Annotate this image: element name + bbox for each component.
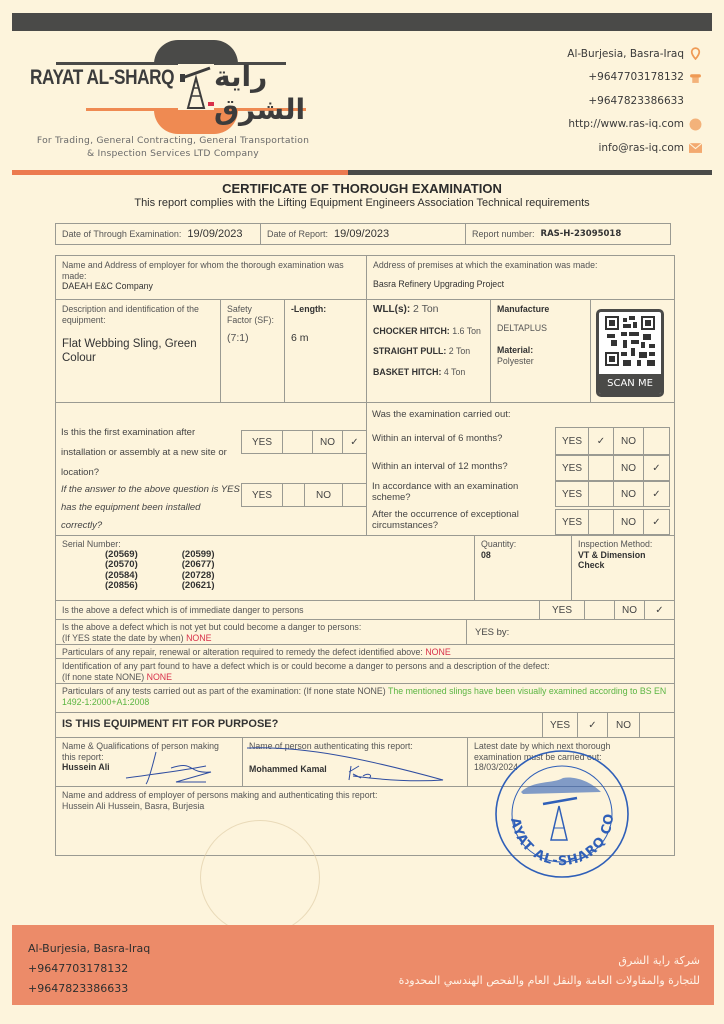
company-tagline: For Trading, General Contracting, Genera… — [28, 134, 318, 160]
repair-value: NONE — [425, 647, 450, 657]
serial-list: (20569)(20570)(20584)(20856) (20599)(206… — [105, 550, 468, 592]
equipment-description-cell: Description and identification of the eq… — [55, 299, 221, 403]
quantity-value: 08 — [481, 550, 565, 561]
serial-number: (20677) — [182, 560, 215, 571]
fit-no-box[interactable] — [640, 712, 675, 738]
website-link[interactable]: http://www.ras-iq.com — [568, 118, 684, 130]
report-date-value: 19/09/2023 — [334, 228, 389, 240]
choker-hitch-label: CHOCKER HITCH: — [373, 326, 450, 336]
carried-out-no-box[interactable] — [644, 427, 670, 455]
inspection-method-value: VT & Dimension Check — [578, 550, 668, 571]
footer-phone-1: +9647703178132 — [28, 959, 150, 979]
report-number-cell: Report number: RAS-H-23095018 — [466, 224, 670, 244]
carried-out-yes-box[interactable]: ✓ — [589, 427, 614, 455]
carried-out-no-box[interactable]: ✓ — [644, 455, 670, 481]
contact-email[interactable]: info@ras-iq.com — [567, 136, 702, 160]
part-defect-hint: (If none state NONE) — [62, 672, 144, 682]
contact-address: Al-Burjesia, Basra-Iraq — [567, 42, 702, 66]
contact-phone-1: +9647703178132 — [567, 66, 702, 90]
no-label: NO — [614, 455, 644, 481]
future-danger-hint: (If YES state the date by when) — [62, 633, 184, 643]
future-danger-value: NONE — [186, 633, 211, 643]
basket-hitch-label: BASKET HITCH: — [373, 367, 441, 377]
footer-address: Al-Burjesia, Basra-Iraq — [28, 939, 150, 959]
blank-icon-spacer — [689, 94, 702, 107]
carried-out-yes-no: YES✓NO — [555, 427, 670, 455]
embossed-seal — [200, 820, 320, 935]
carried-out-yes-box[interactable] — [589, 481, 614, 507]
contact-phone-2: +9647823386633 — [567, 89, 702, 113]
choker-hitch-value: 1.6 Ton — [452, 326, 481, 336]
contact-website[interactable]: http://www.ras-iq.com — [567, 113, 702, 137]
wll-cell: WLL(s): 2 Ton CHOCKER HITCH: 1.6 Ton STR… — [366, 299, 491, 403]
header-divider-grey — [348, 170, 712, 175]
inspection-method-label: Inspection Method: — [578, 539, 668, 550]
certificate-subtitle: This report complies with the Lifting Eq… — [0, 197, 724, 209]
serial-number: (20570) — [105, 560, 138, 571]
email-link[interactable]: info@ras-iq.com — [598, 142, 684, 154]
no-label: NO — [614, 481, 644, 507]
carried-out-no-box[interactable]: ✓ — [644, 481, 670, 507]
tests-row: Particulars of any tests carried out as … — [55, 683, 675, 713]
contact-block: Al-Burjesia, Basra-Iraq +9647703178132 +… — [567, 42, 702, 160]
length-cell: -Length: 6 m — [284, 299, 367, 403]
oil-pump-icon — [176, 64, 216, 110]
carried-out-yes-box[interactable] — [589, 509, 614, 535]
serial-column-2: (20599)(20677)(20728)(20621) — [182, 550, 215, 592]
header-top-bar — [12, 13, 712, 31]
header-divider-orange — [12, 170, 348, 175]
mail-icon — [689, 141, 702, 154]
serial-label: Serial Number: — [62, 539, 468, 550]
inspection-method-cell: Inspection Method: VT & Dimension Check — [571, 535, 675, 601]
carried-out-question: In accordance with an examination scheme… — [372, 481, 552, 503]
no-label: NO — [614, 509, 644, 535]
repair-question: Particulars of any repair, renewal or al… — [62, 647, 423, 657]
yes-label: YES — [542, 712, 578, 738]
yes-label: YES — [555, 455, 589, 481]
part-defect-value: NONE — [147, 672, 172, 682]
quantity-cell: Quantity: 08 — [474, 535, 572, 601]
yes-label: YES — [241, 483, 283, 507]
exam-date-cell: Date of Through Examination: 19/09/2023 — [56, 224, 261, 244]
first-exam-question: Is this the first examination after inst… — [61, 423, 241, 483]
no-label: NO — [615, 600, 645, 620]
fit-for-purpose-question: IS THIS EQUIPMENT FIT FOR PURPOSE? — [62, 718, 278, 730]
tests-question: Particulars of any tests carried out as … — [62, 686, 386, 696]
serial-column-1: (20569)(20570)(20584)(20856) — [105, 550, 138, 592]
material-value: Polyester — [497, 356, 584, 367]
wll-label: WLL(s): — [373, 304, 410, 315]
future-danger-cell: Is the above a defect which is not yet b… — [55, 619, 467, 645]
tagline-line-2: & Inspection Services LTD Company — [28, 147, 318, 160]
future-danger-question: Is the above a defect which is not yet b… — [62, 622, 460, 633]
manufacture-value: DELTAPLUS — [497, 323, 584, 334]
scan-me-label: SCAN ME — [599, 374, 661, 394]
installed-correctly-question: If the answer to the above question is Y… — [61, 481, 241, 535]
yes-label: YES — [241, 430, 283, 454]
maker-signature — [116, 748, 216, 786]
location-pin-icon — [689, 47, 702, 60]
footer-phone-2: +9647823386633 — [28, 979, 150, 999]
yes-label: YES — [555, 509, 589, 535]
fit-yes-box[interactable]: ✓ — [578, 712, 608, 738]
exam-date-label: Date of Through Examination: — [62, 229, 181, 239]
immediate-danger-yes-no: YES NO ✓ — [539, 600, 675, 620]
basket-hitch-value: 4 Ton — [444, 367, 465, 377]
report-maker-cell: Name & Qualifications of person making t… — [55, 737, 243, 787]
yes-label: YES — [555, 427, 589, 455]
employer-value: DAEAH E&C Company — [62, 281, 360, 292]
qr-pattern — [605, 316, 655, 366]
wll-value: 2 Ton — [413, 303, 439, 315]
immediate-yes-box[interactable] — [585, 600, 615, 620]
footer-arabic: شركة راية الشرق للتجارة والمقاولات العام… — [399, 951, 700, 991]
safety-factor-value: (7:1) — [227, 333, 278, 344]
material-label: Material: — [497, 345, 584, 356]
future-danger-yes-by-cell: YES by: — [466, 619, 675, 645]
authenticator-cell: Name of person authenticating this repor… — [242, 737, 468, 787]
authenticator-signature — [243, 744, 469, 784]
globe-icon — [689, 118, 702, 131]
premises-label: Address of premises at which the examina… — [373, 260, 668, 271]
contact-address-text: Al-Burjesia, Basra-Iraq — [567, 48, 684, 60]
no-label: NO — [313, 430, 343, 454]
safety-factor-cell: Safety Factor (SF): (7:1) — [220, 299, 285, 403]
length-value: 6 m — [291, 333, 360, 344]
company-name-ar: راية الشرق — [214, 60, 346, 126]
phone-icon — [689, 71, 702, 84]
carried-out-question: Within an interval of 12 months? — [372, 461, 552, 472]
certificate-title: CERTIFICATE OF THOROUGH EXAMINATION — [0, 181, 724, 196]
first-exam-yes-no: YES NO ✓ — [241, 430, 367, 454]
carried-out-yes-no: YESNO✓ — [555, 509, 670, 535]
report-number-value: RAS-H-23095018 — [541, 229, 622, 239]
carried-out-question: After the occurrence of exceptional circ… — [372, 509, 552, 531]
qr-code[interactable]: SCAN ME — [596, 309, 664, 397]
contact-phone-1-text: +9647703178132 — [588, 71, 684, 83]
length-label: -Length: — [291, 304, 360, 315]
serial-cell: Serial Number: (20569)(20570)(20584)(208… — [55, 535, 475, 601]
premises-cell: Address of premises at which the examina… — [366, 255, 675, 300]
report-date-label: Date of Report: — [267, 229, 328, 239]
first-exam-yes-box[interactable] — [283, 430, 313, 454]
yes-by-label: YES by: — [475, 627, 509, 638]
installed-correctly-yes-no: YES NO — [241, 483, 367, 507]
equipment-description-label: Description and identification of the eq… — [62, 304, 214, 325]
part-defect-row: Identification of any part found to have… — [55, 658, 675, 684]
company-name-en: RAYAT AL-SHARQ — [30, 66, 174, 90]
manufacture-cell: Manufacture DELTAPLUS Material: Polyeste… — [490, 299, 591, 403]
footer-band: Al-Burjesia, Basra-Iraq +9647703178132 +… — [12, 925, 714, 1005]
installed-no-box[interactable] — [343, 483, 367, 507]
footer-arabic-tagline: للتجارة والمقاولات العامة والنقل العام و… — [399, 971, 700, 991]
yes-label: YES — [555, 481, 589, 507]
report-date-cell: Date of Report: 19/09/2023 — [261, 224, 466, 244]
manufacture-label: Manufacture — [497, 304, 584, 315]
no-label: NO — [305, 483, 343, 507]
exam-date-value: 19/09/2023 — [187, 228, 242, 240]
carried-out-question: Within an interval of 6 months? — [372, 433, 552, 444]
serial-number: (20621) — [182, 581, 215, 592]
equipment-description-value: Flat Webbing Sling, Green Colour — [62, 337, 214, 365]
straight-pull-label: STRAIGHT PULL: — [373, 346, 446, 356]
carried-out-yes-no: YESNO✓ — [555, 481, 670, 507]
employer-cell: Name and Address of employer for whom th… — [55, 255, 367, 300]
tagline-line-1: For Trading, General Contracting, Genera… — [28, 134, 318, 147]
premises-value: Basra Refinery Upgrading Project — [373, 279, 668, 290]
carried-out-label: Was the examination carried out: — [372, 409, 511, 420]
repair-row: Particulars of any repair, renewal or al… — [55, 644, 675, 659]
carried-out-yes-no: YESNO✓ — [555, 455, 670, 481]
report-number-label: Report number: — [472, 229, 535, 239]
quantity-label: Quantity: — [481, 539, 565, 550]
straight-pull-value: 2 Ton — [449, 346, 470, 356]
immediate-danger-question: Is the above a defect which is of immedi… — [62, 605, 304, 615]
serial-number: (20856) — [105, 581, 138, 592]
company-stamp: RAYAT AL-SHARQ CO. — [493, 748, 631, 880]
first-exam-no-box[interactable]: ✓ — [343, 430, 367, 454]
carried-out-yes-box[interactable] — [589, 455, 614, 481]
yes-label: YES — [539, 600, 585, 620]
footer-arabic-company: شركة راية الشرق — [399, 951, 700, 971]
company-logo: RAYAT AL-SHARQ راية الشرق — [26, 38, 346, 138]
fit-for-purpose-yes-no: YES ✓ NO — [542, 712, 675, 738]
dates-row: Date of Through Examination: 19/09/2023 … — [55, 223, 671, 245]
employer-label: Name and Address of employer for whom th… — [62, 260, 360, 281]
immediate-no-box[interactable]: ✓ — [645, 600, 675, 620]
safety-factor-label: Safety Factor (SF): — [227, 304, 278, 325]
installed-yes-box[interactable] — [283, 483, 305, 507]
no-label: NO — [614, 427, 644, 455]
carried-out-no-box[interactable]: ✓ — [644, 509, 670, 535]
no-label: NO — [608, 712, 640, 738]
contact-phone-2-text: +9647823386633 — [588, 95, 684, 107]
footer-contact: Al-Burjesia, Basra-Iraq +9647703178132 +… — [28, 939, 150, 999]
part-defect-question: Identification of any part found to have… — [62, 661, 668, 672]
